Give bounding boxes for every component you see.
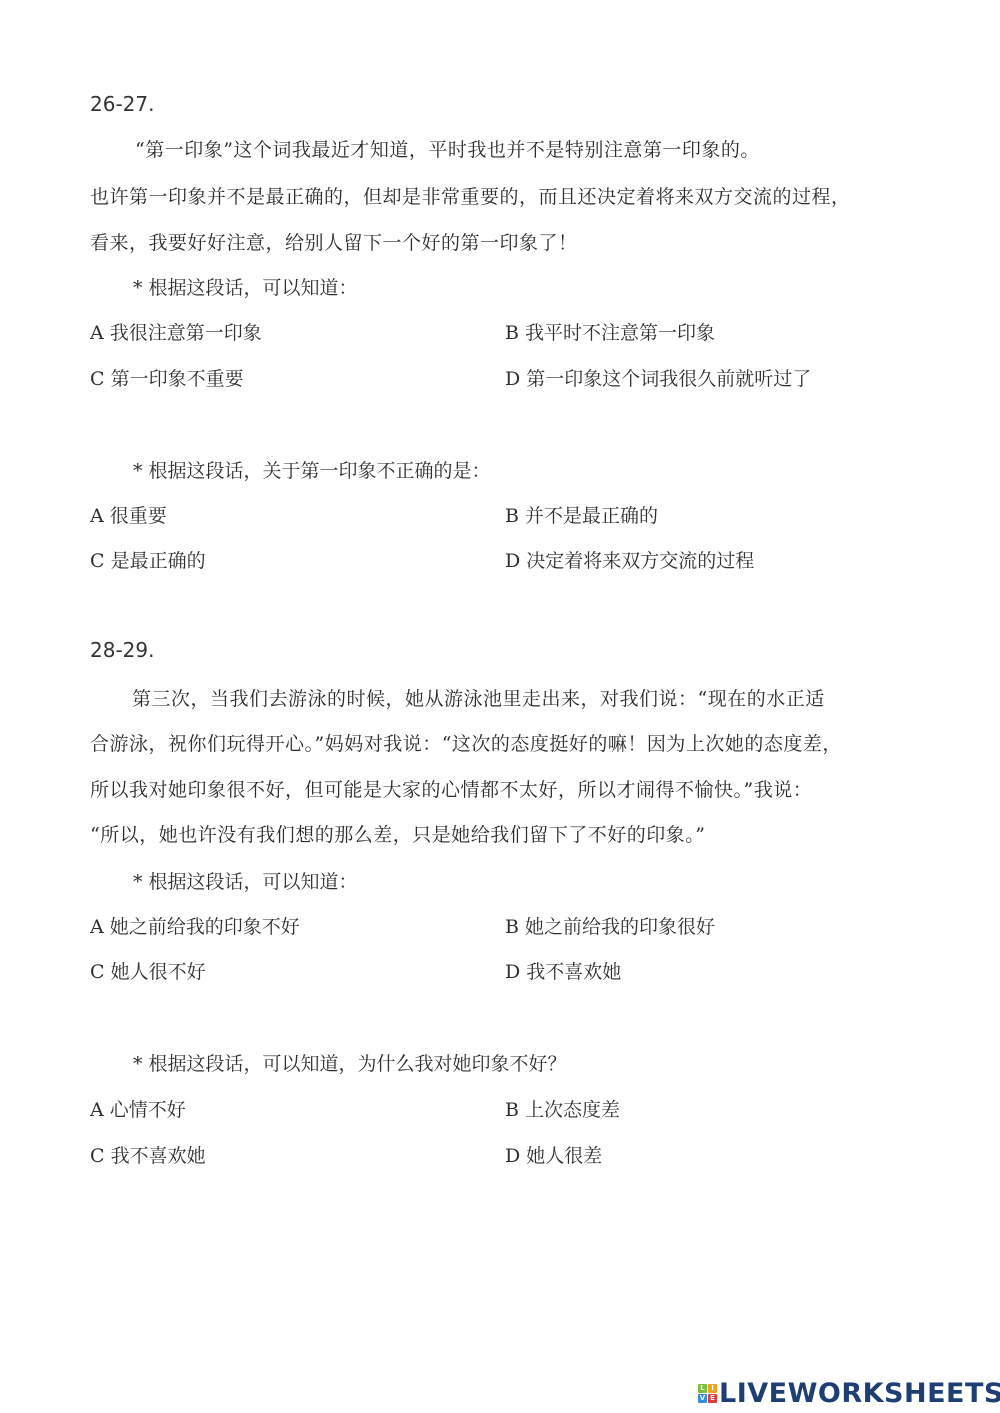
- passage-line: 合游泳，祝你们玩得开心。”妈妈对我说：“这次的态度挺好的嘛！因为上次她的态度差，: [90, 729, 842, 756]
- passage-line: “第一印象”这个词我最近才知道，平时我也并不是特别注意第一印象的。: [135, 135, 760, 162]
- question-prompt: * 根据这段话，可以知道：: [133, 867, 358, 894]
- section-number: 26-27.: [90, 92, 154, 116]
- option-a[interactable]: A 她之前给我的印象不好: [90, 912, 300, 939]
- option-d[interactable]: D 我不喜欢她: [505, 957, 621, 984]
- option-a[interactable]: A 心情不好: [90, 1095, 186, 1122]
- passage-line: 也许第一印象并不是最正确的，但却是非常重要的，而且还决定着将来双方交流的过程，: [90, 182, 851, 209]
- question-prompt: * 根据这段话，关于第一印象不正确的是：: [133, 456, 491, 483]
- logo-icon: L I V E: [698, 1384, 717, 1403]
- question-prompt: * 根据这段话，可以知道：: [133, 273, 358, 300]
- passage-line: “所以，她也许没有我们想的那么差，只是她给我们留下了不好的印象。”: [90, 820, 705, 847]
- option-d[interactable]: D 决定着将来双方交流的过程: [505, 546, 754, 573]
- logo-letter-l: L: [698, 1384, 707, 1393]
- option-b[interactable]: B 我平时不注意第一印象: [505, 318, 715, 345]
- logo-letter-v: V: [698, 1394, 707, 1403]
- option-a[interactable]: A 我很注意第一印象: [90, 318, 262, 345]
- passage-line: 第三次，当我们去游泳的时候，她从游泳池里走出来，对我们说：“现在的水正适: [132, 684, 825, 711]
- option-c[interactable]: C 我不喜欢她: [90, 1141, 206, 1168]
- passage-line: 看来，我要好好注意，给别人留下一个好的第一印象了！: [90, 228, 578, 255]
- liveworksheets-logo: L I V E LIVEWORKSHEETS: [698, 1378, 1000, 1409]
- passage-line: 所以我对她印象很不好，但可能是大家的心情都不太好，所以才闹得不愉快。”我说：: [90, 775, 812, 802]
- option-d[interactable]: D 她人很差: [505, 1141, 602, 1168]
- logo-letter-i: I: [708, 1384, 717, 1393]
- option-b[interactable]: B 上次态度差: [505, 1095, 620, 1122]
- option-d[interactable]: D 第一印象这个词我很久前就听过了: [505, 364, 811, 391]
- logo-text: LIVEWORKSHEETS: [719, 1378, 1000, 1409]
- option-c[interactable]: C 她人很不好: [90, 957, 206, 984]
- option-c[interactable]: C 是最正确的: [90, 546, 206, 573]
- option-c[interactable]: C 第一印象不重要: [90, 364, 244, 391]
- option-b[interactable]: B 她之前给我的印象很好: [505, 912, 715, 939]
- section-number: 28-29.: [90, 638, 154, 662]
- question-prompt: * 根据这段话，可以知道，为什么我对她印象不好？: [133, 1049, 567, 1076]
- option-b[interactable]: B 并不是最正确的: [505, 501, 658, 528]
- option-a[interactable]: A 很重要: [90, 501, 167, 528]
- logo-letter-e: E: [708, 1394, 717, 1403]
